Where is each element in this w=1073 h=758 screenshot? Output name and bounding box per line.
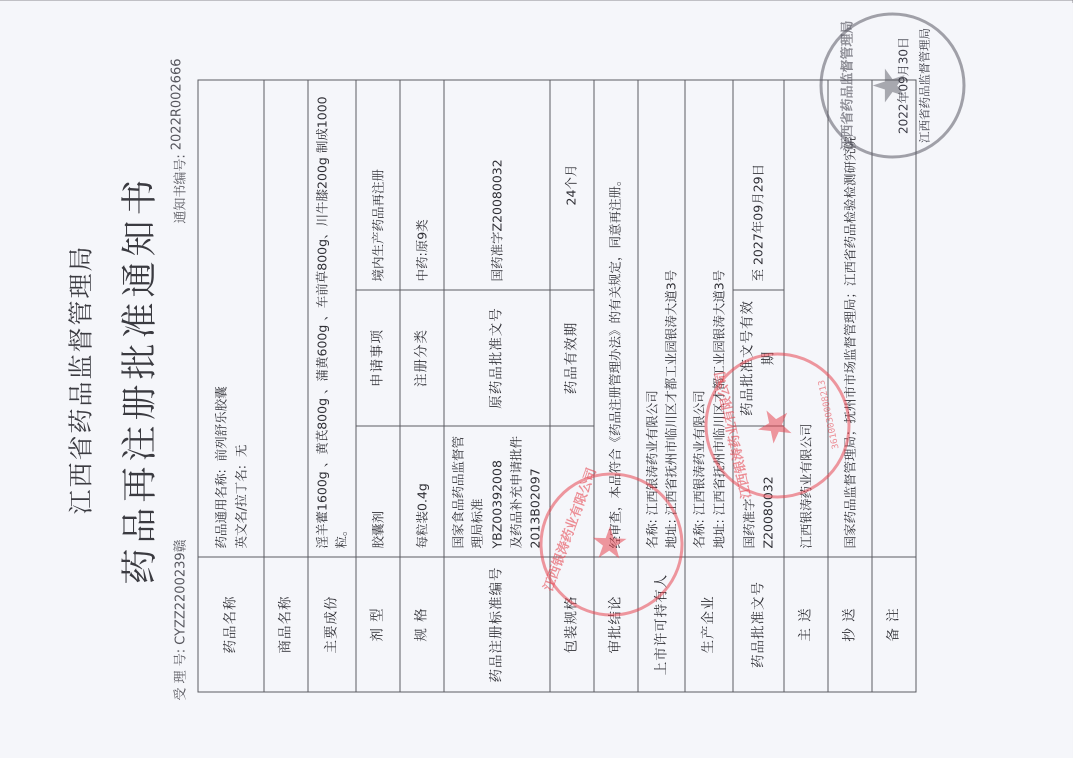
row-mah: 上市许可持有人 名称: 江西银涛药业有限公司 地址: 江西省抚州市临川区才都工业… (638, 80, 686, 692)
acceptance-number-label: 受 理 号: (170, 649, 189, 701)
value-package-spec (550, 426, 594, 557)
generic-name-value: 前列舒乐胶囊 (214, 386, 229, 461)
label-cc: 抄 送 (828, 557, 872, 692)
label-conclusion: 审批结论 (594, 557, 638, 692)
document-title: 药品再注册批准通知书 (112, 1, 163, 758)
value-drug-name: 药品通用名称: 前列舒乐胶囊 英文名/拉丁名: 无 (198, 80, 264, 557)
row-ingredients: 主要成份 淫羊藿1600g 、黄芪800g 、蒲黄600g 、车前草800g、川… (308, 80, 356, 692)
value-approval-validity: 至 2027年09月29日 (733, 80, 784, 290)
document-meta: 受 理 号: CYZZ2200239赣 通知书编号: 2022R002666 (170, 59, 189, 701)
value-manufacturer: 名称: 江西银涛药业有限公司 地址: 江西省抚州市临川区才都工业园银涛大道3号 (685, 80, 733, 557)
label-package-spec: 包装规格 (550, 557, 594, 692)
row-conclusion: 审批结论 经审查，本品符合《药品注册管理办法》的有关规定，同意再注册。 (594, 80, 638, 692)
english-name-label: 英文名/拉丁名: (233, 465, 248, 548)
value-cc: 国家药品监督管理局；抚州市市场监督管理局；江西省药品检验检测研究院 (828, 80, 872, 557)
value-main-recipient: 江西银涛药业有限公司 (784, 80, 828, 557)
value-mah: 名称: 江西银涛药业有限公司 地址: 江西省抚州市临川区才都工业园银涛大道3号 (638, 80, 686, 557)
mah-name: 江西银涛药业有限公司 (644, 390, 659, 515)
label-standard-number: 药品注册标准编号 (444, 557, 550, 692)
english-name-value: 无 (233, 445, 248, 458)
label-application-item: 申请事项 (356, 290, 400, 426)
notice-number-label: 通知书编号: (170, 154, 189, 223)
value-original-approval-number: 国药准字Z20080032 (444, 80, 550, 290)
generic-name-label: 药品通用名称: (214, 469, 229, 548)
label-manufacturer: 生产企业 (685, 557, 733, 692)
value-validity: 24个月 (550, 80, 594, 290)
standard-line: 国家食品药品监督管 (448, 435, 467, 549)
label-trade-name: 商品名称 (264, 557, 308, 692)
standard-line: 理局标准YBZ00392008 (468, 435, 507, 549)
label-mah: 上市许可持有人 (638, 557, 686, 692)
label-remarks: 备 注 (872, 557, 916, 692)
seal-organization: 江西省药品监督管理局 (917, 0, 933, 176)
approval-form-table: 药品名称 药品通用名称: 前列舒乐胶囊 英文名/拉丁名: 无 商品名称 主要成份… (198, 79, 917, 692)
row-specification: 规 格 每粒装0.4g 注册分类 中药:原9类 (400, 80, 444, 692)
mah-address: 江西省抚州市临川区才都工业园银涛大道3号 (664, 270, 679, 515)
manufacturer-name-label: 名称: (692, 519, 707, 548)
row-package: 包装规格 药品有效期 24个月 (550, 80, 594, 692)
notice-number: 通知书编号: 2022R002666 (170, 59, 189, 224)
document-page: 江西省药品监督管理局 药品再注册批准通知书 受 理 号: CYZZ2200239… (0, 1, 1073, 758)
label-drug-name: 药品名称 (198, 557, 264, 692)
row-main-recipient: 主 送 江西银涛药业有限公司 (784, 80, 828, 692)
label-dosage-form: 剂 型 (356, 557, 400, 692)
row-manufacturer: 生产企业 名称: 江西银涛药业有限公司 地址: 江西省抚州市临川区才都工业园银涛… (685, 80, 733, 692)
acceptance-number: 受 理 号: CYZZ2200239赣 (170, 539, 189, 700)
row-dosage-form: 剂 型 胶囊剂 申请事项 境内生产药品再注册 (356, 80, 400, 692)
row-trade-name: 商品名称 (264, 80, 308, 692)
issuing-agency: 江西省药品监督管理局 (62, 1, 98, 758)
manufacturer-address-label: 地址: (711, 519, 726, 548)
label-registration-class: 注册分类 (400, 290, 444, 426)
value-trade-name (264, 80, 308, 557)
acceptance-number-value: CYZZ2200239赣 (170, 539, 189, 645)
label-main-recipient: 主 送 (784, 557, 828, 692)
mah-name-label: 名称: (644, 519, 659, 548)
value-approval-number: 国药准字Z20080032 (733, 426, 784, 557)
standard-line: 及药品补充申请批件 (506, 435, 525, 549)
value-registration-class: 中药:原9类 (400, 80, 444, 290)
value-specification: 每粒装0.4g (400, 426, 444, 557)
manufacturer-address: 江西省抚州市临川区才都工业园银涛大道3号 (711, 270, 726, 515)
value-remarks (872, 80, 916, 557)
manufacturer-name: 江西银涛药业有限公司 (692, 390, 707, 515)
row-drug-name: 药品名称 药品通用名称: 前列舒乐胶囊 英文名/拉丁名: 无 (198, 80, 264, 692)
notice-number-value: 2022R002666 (170, 59, 189, 151)
label-original-approval-number: 原药品批准文号 (444, 290, 550, 426)
label-ingredients: 主要成份 (308, 557, 356, 692)
row-standard-number: 药品注册标准编号 国家食品药品监督管 理局标准YBZ00392008 及药品补充… (444, 80, 550, 692)
row-cc: 抄 送 国家药品监督管理局；抚州市市场监督管理局；江西省药品检验检测研究院 (828, 80, 872, 692)
label-approval-validity: 药品批准文号有效期 (733, 290, 784, 426)
mah-address-label: 地址: (664, 519, 679, 548)
row-approval-number: 药品批准文号 国药准字Z20080032 药品批准文号有效期 至 2027年09… (733, 80, 784, 692)
row-remarks: 备 注 (872, 80, 916, 692)
label-approval-number: 药品批准文号 (733, 557, 784, 692)
value-standard-number: 国家食品药品监督管 理局标准YBZ00392008 及药品补充申请批件 2013… (444, 426, 550, 557)
label-validity: 药品有效期 (550, 290, 594, 426)
standard-line: 2013B02097 (526, 435, 545, 549)
value-dosage-form: 胶囊剂 (356, 426, 400, 557)
value-conclusion: 经审查，本品符合《药品注册管理办法》的有关规定，同意再注册。 (594, 80, 638, 557)
value-ingredients: 淫羊藿1600g 、黄芪800g 、蒲黄600g 、车前草800g、川牛膝200… (308, 80, 356, 557)
value-application-item: 境内生产药品再注册 (356, 80, 400, 290)
label-specification: 规 格 (400, 557, 444, 692)
